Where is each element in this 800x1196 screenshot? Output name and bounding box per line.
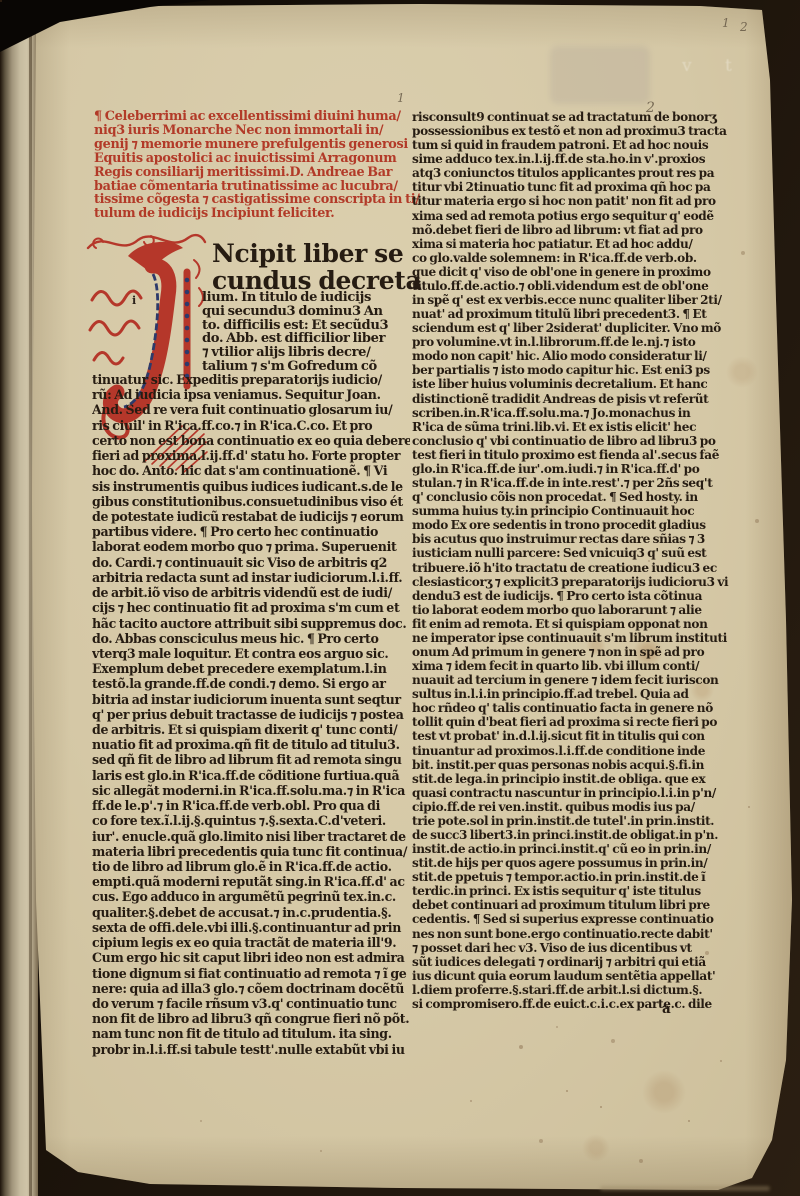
- text-line: co glo.valde solemnem: in R'ica.ff.de ve…: [412, 251, 740, 265]
- rubric-line: niq3 iuris Monarche Nec non immortali in…: [94, 124, 412, 138]
- text-line: titur vbi 2tinuatio tunc fit ad proxima …: [412, 180, 740, 194]
- text-line: arbitria redacta sunt ad instar iudicior…: [92, 570, 410, 585]
- incipit-wrap-line: to. difficilis est: Et secũdu3: [202, 319, 410, 333]
- handwritten-numeral-corner-a: 1: [722, 16, 730, 30]
- text-line: stit.de hijs per quos agere possumus in …: [412, 856, 740, 870]
- text-line: risconsult9 continuat se ad tractatum de…: [412, 110, 740, 124]
- text-line: debet continuari ad proximum titulum lib…: [412, 898, 740, 912]
- text-line: qualiter.§.debet de accusat.⁊ in.c.prude…: [92, 905, 410, 920]
- text-line: si compromisero.ff.de euict.c.i.c.ex par…: [412, 997, 740, 1011]
- rubric-line: genij ⁊ memorie munere prefulgentis gene…: [94, 138, 412, 152]
- pen-squiggle-2: [90, 321, 139, 335]
- text-line: stit.de ppetuis ⁊ tempor.actio.in prin.i…: [412, 870, 740, 884]
- text-line: laris est glo.in R'ica.ff.de cõditione f…: [92, 768, 410, 783]
- text-line: de potestate iudicũ restabat de iudicijs…: [92, 509, 410, 524]
- text-line: sciendum est q' liber 2siderat' duplicit…: [412, 321, 740, 335]
- text-line: tribuere.iõ h'ito tractatu de creatione …: [412, 561, 740, 575]
- incipit-large-line: Ncipit liber se: [212, 240, 421, 267]
- text-line: nuat' ad proximum titulũ libri precedent…: [412, 307, 740, 321]
- text-line: xima sed ad remota potius ergo sequitur …: [412, 209, 740, 223]
- text-line: q' conclusio cõis non procedat. ¶ Sed ho…: [412, 490, 740, 504]
- text-line: Exemplum debet precedere exemplatum.l.in: [92, 661, 410, 676]
- incipit-wrap: lium. In titulo de iudicijsqui secundu3 …: [202, 291, 410, 374]
- text-line: sexta de offi.dele.vbi illi.§.continuant…: [92, 920, 410, 935]
- show-through-ghost: [550, 46, 650, 104]
- text-line: dendu3 est de iudicijs. ¶ Pro certo ista…: [412, 589, 740, 603]
- text-line: sis instrumentis quibus iudices iudicant…: [92, 479, 410, 494]
- text-line: tio laborat eodem morbo quo laborarunt ⁊…: [412, 603, 740, 617]
- text-line: test fieri in titulo proximo est fienda …: [412, 448, 740, 462]
- text-line: trie pote.sol in prin.instit.de tutel'.i…: [412, 814, 740, 828]
- incipit-wrap-line: do. Abb. est difficilior liber: [202, 332, 410, 346]
- text-line: iur'. enucle.quã glo.limito nisi liber t…: [92, 829, 410, 844]
- text-line: hãc tacito auctore attribuit sibi suppre…: [92, 616, 410, 631]
- text-line: tio de libro ad librum glo.ẽ in R'ica.ff…: [92, 859, 410, 874]
- text-line: in spẽ q' est ex verbis.ecce nunc qualit…: [412, 293, 740, 307]
- rubric-line: Equitis apostolici ac inuictissimi Arrag…: [94, 152, 412, 166]
- rubric-line: tulum de iudicijs Incipiunt feliciter.: [94, 207, 412, 221]
- text-line: de arbitris. Et si quispiam dixerit q' t…: [92, 722, 410, 737]
- text-line: ber partialis ⁊ isto modo capitur hic. E…: [412, 363, 740, 377]
- text-line: tollit quin d'beat fieri ad proxima si r…: [412, 715, 740, 729]
- text-line: l.diem proferre.§.stari.ff.de arbit.l.si…: [412, 983, 740, 997]
- text-line: ⁊ posset dari hec v3. Viso de ius dicent…: [412, 941, 740, 955]
- text-line: clesiasticorʒ ⁊ explicit3 preparatorijs …: [412, 575, 740, 589]
- text-line: cus. Ego adduco in argumẽtũ pegrinũ tex.…: [92, 889, 410, 904]
- incipit-large: Ncipit liber secundus decreta: [212, 240, 421, 294]
- text-line: do. Abbas consciculus meus hic. ¶ Pro ce…: [92, 631, 410, 646]
- rubric-line: tissime cõgesta ⁊ castigatissime conscri…: [94, 193, 412, 207]
- text-line: ff.de le.p'.⁊ in R'ica.ff.de verb.obl. P…: [92, 798, 410, 813]
- text-line: sũt iudices delegati ⁊ ordinarij ⁊ arbit…: [412, 955, 740, 969]
- incipit-wrap-line: qui secundu3 dominu3 An: [202, 305, 410, 319]
- text-line: tinuantur ad proximos.l.i.ff.de conditio…: [412, 744, 740, 758]
- text-line: cedentis. ¶ Sed si superius expresse con…: [412, 912, 740, 926]
- text-line: tione dignum si fiat continuatio ad remo…: [92, 966, 410, 981]
- foxing-speckles: [0, 0, 2, 2]
- incipit-wrap-line: lium. In titulo de iudicijs: [202, 291, 410, 305]
- text-line: cijs ⁊ hec continuatio fit ad proxima s'…: [92, 600, 410, 615]
- text-line: onum Ad primum in genere ⁊ non in spẽ ad…: [412, 645, 740, 659]
- text-line: do verum ⁊ facile rñsum v3.q' continuati…: [92, 996, 410, 1011]
- text-line: quasi contractu nascuntur in principio.l…: [412, 786, 740, 800]
- text-line: modo Ex ore sedentis in trono procedit g…: [412, 518, 740, 532]
- text-line: nere: quia ad illa3 glo.⁊ cõem doctrinam…: [92, 981, 410, 996]
- text-line: stit.de lega.in principio instit.de obli…: [412, 772, 740, 786]
- text-line: sime adduco tex.in.l.ij.ff.de sta.ho.in …: [412, 152, 740, 166]
- text-line: co fore tex.ĩ.l.ij.§.quintus ⁊.§.sexta.C…: [92, 813, 410, 828]
- text-line: nuatio fit ad proxima.qñ fit de titulo a…: [92, 737, 410, 752]
- text-line: nuauit ad tercium in genere ⁊ idem fecit…: [412, 673, 740, 687]
- text-line: bitria ad instar iudiciorum inuenta sunt…: [92, 692, 410, 707]
- text-line: ius dicunt quia eorum laudum sentẽtia ap…: [412, 969, 740, 983]
- text-line: conclusio q' vbi continuatio de libro ad…: [412, 434, 740, 448]
- text-line: do. Cardi.⁊ continuauit sic Viso de arbi…: [92, 555, 410, 570]
- rubric-line: ¶ Celeberrimi ac excellentissimi diuini …: [94, 110, 412, 124]
- text-line: xima si materia hoc patiatur. Et ad hoc …: [412, 237, 740, 251]
- text-line: xima ⁊ idem fecit in quarto lib. vbi ill…: [412, 659, 740, 673]
- text-line: partibus videre. ¶ Pro certo hec continu…: [92, 524, 410, 539]
- text-line: hoc rñdeo q' talis continuatio facta in …: [412, 701, 740, 715]
- text-line: terdic.in princi. Ex istis sequitur q' i…: [412, 884, 740, 898]
- text-line: hoc do. Anto. hic dat s'am continuationẽ…: [92, 463, 410, 478]
- text-line: summa huius ty.in principio Continuauit …: [412, 504, 740, 518]
- text-line: certo non est bona continuatio ex eo qui…: [92, 433, 410, 448]
- text-line: test vt probat' in.d.l.ij.sicut fit in t…: [412, 729, 740, 743]
- rubric-line: Regis consiliarij meritissimi.D. Andreae…: [94, 166, 412, 180]
- text-line: glo.in R'ica.ff.de iur'.om.iudi.⁊ in R'i…: [412, 462, 740, 476]
- text-line: materia libri precedentis quia tunc fit …: [92, 844, 410, 859]
- text-line: ris ciuil' in R'ica.ff.co.⁊ in R'ica.C.c…: [92, 418, 410, 433]
- text-line: que dicit q' viso de obl'one in genere i…: [412, 265, 740, 279]
- text-line: cipium legis ex eo quia tractãt de mater…: [92, 935, 410, 950]
- photo-backdrop: { "colors": { "rubric_red": "#b23a28", "…: [0, 0, 800, 1196]
- text-line: pro volumine.vt in.l.librorum.ff.de le.n…: [412, 335, 740, 349]
- text-line: Cum ergo hic sit caput libri ideo non es…: [92, 950, 410, 965]
- text-line: mõ.debet fieri de libro ad librum: vt fi…: [412, 223, 740, 237]
- text-column-left: tinuatur sic. Expeditis preparatorijs iu…: [92, 372, 410, 1057]
- text-column-right: risconsult9 continuat se ad tractatum de…: [412, 110, 740, 1011]
- text-line: laborat eodem morbo quo ⁊ prima. Superue…: [92, 539, 410, 554]
- text-line: cipio.ff.de rei ven.instit. quibus modis…: [412, 800, 740, 814]
- text-line: rũ: Ad iudicia ipsa veniamus. Sequitur J…: [92, 387, 410, 402]
- text-line: R'ica de sũma trini.lib.vi. Et ex istis …: [412, 420, 740, 434]
- guide-letter: i: [132, 294, 136, 307]
- rubric-line: batiae cõmentaria trutinatissime ac lucu…: [94, 180, 412, 194]
- text-line: empti.quã moderni reputãt sing.in R'ica.…: [92, 874, 410, 889]
- text-line: non fit de libro ad libru3 qñ congrue fi…: [92, 1011, 410, 1026]
- pen-squiggle-3: [94, 352, 123, 364]
- text-line: de succ3 libert3.in princi.instit.de obl…: [412, 828, 740, 842]
- text-line: bit. instit.per quas personas nobis acqu…: [412, 758, 740, 772]
- beaded-stem-dots: [185, 278, 190, 379]
- text-line: bis acutus quo instruimur rectas dare sñ…: [412, 532, 740, 546]
- text-line: de arbit.iõ viso de arbitris videndũ est…: [92, 585, 410, 600]
- text-line: possessionibus ex testõ et non ad proxim…: [412, 124, 740, 138]
- text-line: vterq3 male loquitur. Et contra eos argu…: [92, 646, 410, 661]
- text-line: iste liber huius voluminis decretalium. …: [412, 377, 740, 391]
- text-line: titur materia ergo si hoc non patit' non…: [412, 194, 740, 208]
- text-line: ne imperator ipse continuauit s'm librum…: [412, 631, 740, 645]
- handwritten-numeral-corner-b: 2: [740, 20, 748, 34]
- text-line: probr in.l.i.ff.si tabule testt'.nulle e…: [92, 1042, 410, 1057]
- text-line: modo non capit' hic. Alio modo considera…: [412, 349, 740, 363]
- text-line: sic allegãt moderni.in R'ica.ff.solu.ma.…: [92, 783, 410, 798]
- text-line: And. Sed re vera fuit continuatio glosar…: [92, 402, 410, 417]
- text-line: iusticiam nulli parcere: Sed vnicuiq3 q'…: [412, 546, 740, 560]
- incipit-wrap-line: ⁊ vtilior alijs libris decre/: [202, 346, 410, 360]
- gutter-crease: [29, 0, 32, 1196]
- text-line: stulan.⁊ in R'ica.ff.de in inte.rest'.⁊ …: [412, 476, 740, 490]
- text-line: sultus in.l.i.in principio.ff.ad trebel.…: [412, 687, 740, 701]
- text-line: nam tunc non fit de titulo ad titulum. i…: [92, 1026, 410, 1041]
- text-line: tum si quid in fraudem patroni. Et ad ho…: [412, 138, 740, 152]
- signature-mark: a: [662, 1001, 671, 1017]
- text-line: testõ.la grande.ff.de condi.⁊ demo. Si e…: [92, 676, 410, 691]
- handwritten-numeral-rubric: 1: [397, 91, 405, 105]
- rubric-heading: ¶ Celeberrimi ac excellentissimi diuini …: [94, 110, 412, 221]
- book-gutter-edges: [0, 0, 38, 1196]
- text-line: sed qñ fit de libro ad librum fit ad rem…: [92, 752, 410, 767]
- text-line: atq3 coniunctos titulos applicantes prou…: [412, 166, 740, 180]
- text-line: fit enim ad remota. Et si quispiam oppon…: [412, 617, 740, 631]
- text-line: instit.de actio.in princi.instit.q' cũ e…: [412, 842, 740, 856]
- text-line: tinuatur sic. Expeditis preparatorijs iu…: [92, 372, 410, 387]
- text-line: gibus constitutionibus.consuetudinibus v…: [92, 494, 410, 509]
- text-line: q' per prius debuit tractasse de iudicij…: [92, 707, 410, 722]
- text-line: nes non sunt bone.ergo continuatio.recte…: [412, 927, 740, 941]
- text-line: distinctionẽ tradidit Andreas de pisis v…: [412, 392, 740, 406]
- handwritten-numeral-column: 2: [646, 100, 655, 116]
- page-underlip: [600, 1186, 770, 1191]
- embossed-mark: v t: [682, 56, 746, 76]
- text-line: scriben.in.R'ica.ff.solu.ma.⁊ Jo.monachu…: [412, 406, 740, 420]
- text-line: fieri ad proxima.l.ij.ff.d' statu ho. Fo…: [92, 448, 410, 463]
- text-line: titulo.ff.de.actio.⁊ obli.videndum est d…: [412, 279, 740, 293]
